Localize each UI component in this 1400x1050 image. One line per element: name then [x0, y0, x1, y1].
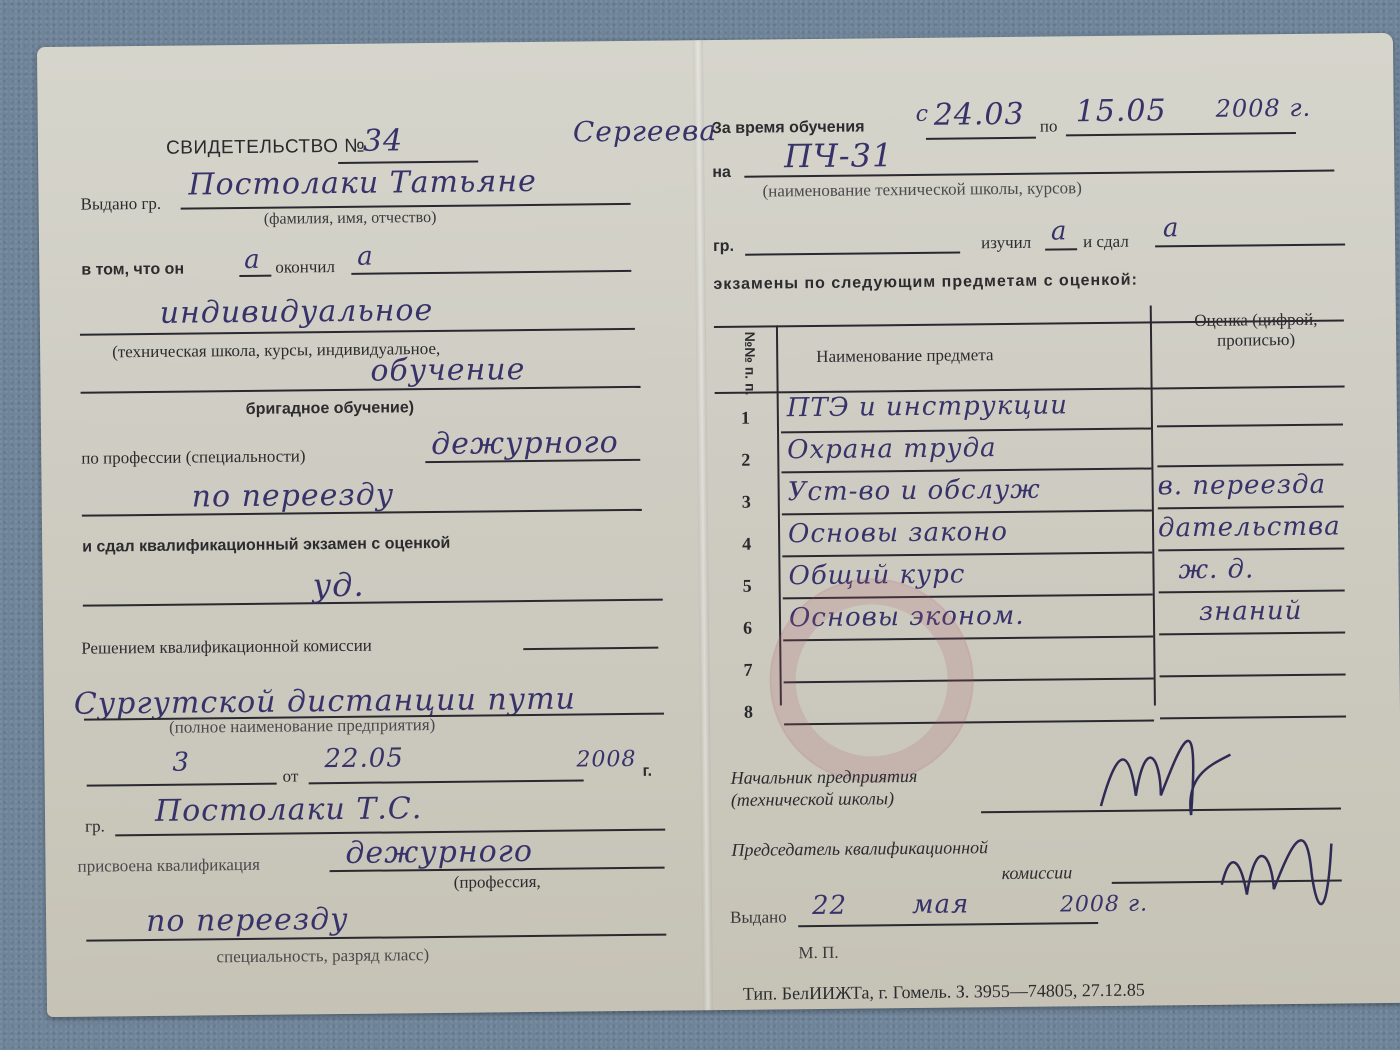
row-number: 4 — [742, 534, 751, 555]
col-grade-header: Оценка (цифрой, прописью) — [1176, 310, 1336, 352]
person-short: Постолаки Т.С. — [155, 791, 423, 829]
decision-year: 2008 — [576, 747, 636, 773]
decision-date: 22.05 — [324, 743, 404, 774]
profession-label: по профессии (специальности) — [81, 446, 305, 468]
seal-place: М. П. — [798, 943, 838, 963]
profession-value-1: дежурного — [431, 425, 619, 462]
qualification-value-2: по переезду — [146, 902, 349, 939]
profession-value-2: по переезду — [191, 477, 394, 514]
row-number: 2 — [741, 450, 750, 471]
head-label-1: Начальник предприятия — [731, 766, 918, 789]
subject-grade: ж. д. — [1178, 554, 1254, 585]
training-type-value-1: индивидуальное — [160, 293, 434, 331]
school-caption: (наименование технической школы, курсов) — [762, 178, 1082, 201]
certificate-number: 34 — [363, 123, 404, 158]
subject-grade: знаний — [1199, 596, 1303, 627]
issued-to-label: Выдано гр. — [81, 194, 162, 215]
table-row: 2 Охрана труда — [703, 33, 1393, 40]
commission-label: Решением квалификационной комиссии — [81, 636, 372, 659]
table-row: 8 — [703, 33, 1393, 40]
table-row: 7 — [703, 33, 1393, 40]
training-caption-2: бригадное обучение) — [246, 399, 414, 419]
exam-grade: уд. — [312, 566, 364, 605]
right-page: За время обучения с 24.03 по 15.05 2008 … — [703, 33, 1400, 1010]
subject-name: Уст-во и обслуж — [788, 475, 1041, 508]
margin-note: Сергеева — [573, 114, 718, 149]
training-type-value-2: обучение — [370, 352, 525, 389]
passed-suffix: а — [1163, 213, 1180, 243]
row-number: 6 — [743, 618, 752, 639]
exam-label: и сдал квалификационный экзамен с оценко… — [82, 535, 450, 557]
exams-label: экзамены по следующим предметам с оценко… — [713, 272, 1138, 294]
period-to: 15.05 — [1076, 93, 1167, 129]
school-value: ПЧ-31 — [784, 136, 894, 175]
table-row: 5 Общий курс ж. д. — [703, 33, 1393, 40]
row-number: 3 — [742, 492, 751, 513]
certificate-title: СВИДЕТЕЛЬСТВО № — [166, 136, 365, 160]
period-from: 24.03 — [934, 97, 1025, 133]
studied-suffix: а — [1051, 216, 1068, 246]
fio-caption: (фамилия, имя, отчество) — [264, 209, 437, 229]
certificate-document: СВИДЕТЕЛЬСТВО № 34 Сергеева Выдано гр. П… — [37, 33, 1400, 1017]
qualification-value-1: дежурного — [345, 834, 533, 871]
studied-label: изучил — [981, 233, 1031, 254]
decision-number: 3 — [172, 748, 190, 778]
from-prefix: с — [916, 102, 930, 127]
row-number: 7 — [743, 660, 752, 681]
gender-suffix-2: а — [357, 242, 374, 272]
table-row: 1 ПТЭ и инструкции — [703, 33, 1393, 40]
gr-label-right: гр. — [713, 238, 734, 256]
training-period-label: За время обучения — [712, 118, 865, 138]
head-label-2: (технической школы) — [731, 788, 894, 811]
row-number: 1 — [741, 408, 750, 429]
official-seal-stamp — [769, 577, 975, 783]
period-year: 2008 г. — [1216, 94, 1312, 123]
table-row: 6 Основы эконом. знаний — [703, 33, 1393, 40]
and-passed-label: и сдал — [1083, 232, 1129, 252]
row-number: 8 — [744, 702, 753, 723]
issued-month: мая — [912, 889, 970, 920]
chairman-label-1: Председатель квалификационной — [731, 837, 988, 861]
table-row: 4 Основы законо дательства — [703, 33, 1393, 40]
subject-grade: дательства — [1158, 512, 1341, 544]
qualification-caption-2: специальность, разряд класс) — [216, 945, 429, 967]
subject-name: ПТЭ и инструкции — [787, 390, 1068, 423]
to-label: по — [1040, 116, 1058, 136]
subject-grade: в. переезда — [1157, 470, 1326, 502]
gr-label: гр. — [85, 816, 105, 836]
year-suffix: г. — [642, 763, 652, 781]
enterprise-caption: (полное наименование предприятия) — [169, 715, 435, 738]
col-num-header: №№ п. п. — [742, 332, 759, 396]
subjects-table: №№ п. п. Наименование предмета Оценка (ц… — [703, 33, 1393, 40]
row-number: 5 — [743, 576, 752, 597]
subject-name: Основы законо — [788, 517, 1008, 549]
qualification-caption-1: (профессия, — [454, 872, 541, 893]
left-page: СВИДЕТЕЛЬСТВО № 34 Сергеева Выдано гр. П… — [37, 40, 703, 1017]
in-that-label: в том, что он — [81, 261, 184, 280]
col-subject-header: Наименование предмета — [816, 345, 993, 367]
table-row: 3 Уст-во и обслуж в. переезда — [703, 33, 1393, 40]
at-label: на — [712, 164, 731, 182]
issued-to-value: Постолаки Татьяне — [188, 164, 537, 203]
chairman-signature — [1211, 803, 1352, 944]
qualification-label: присвоена квалификация — [77, 855, 260, 877]
chairman-label-2: комиссии — [1002, 862, 1073, 884]
subject-name: Охрана труда — [787, 433, 997, 465]
issued-day: 22 — [812, 891, 847, 921]
issued-year: 2008 г. — [1060, 892, 1148, 918]
from-label: от — [283, 766, 299, 786]
finished-label: окончил — [275, 257, 335, 278]
printer-line: Тип. БелИИЖТа, г. Гомель. З. 3955—74805,… — [743, 980, 1145, 1005]
issued-label: Выдано — [730, 907, 787, 928]
gender-suffix-1: а — [244, 245, 261, 275]
